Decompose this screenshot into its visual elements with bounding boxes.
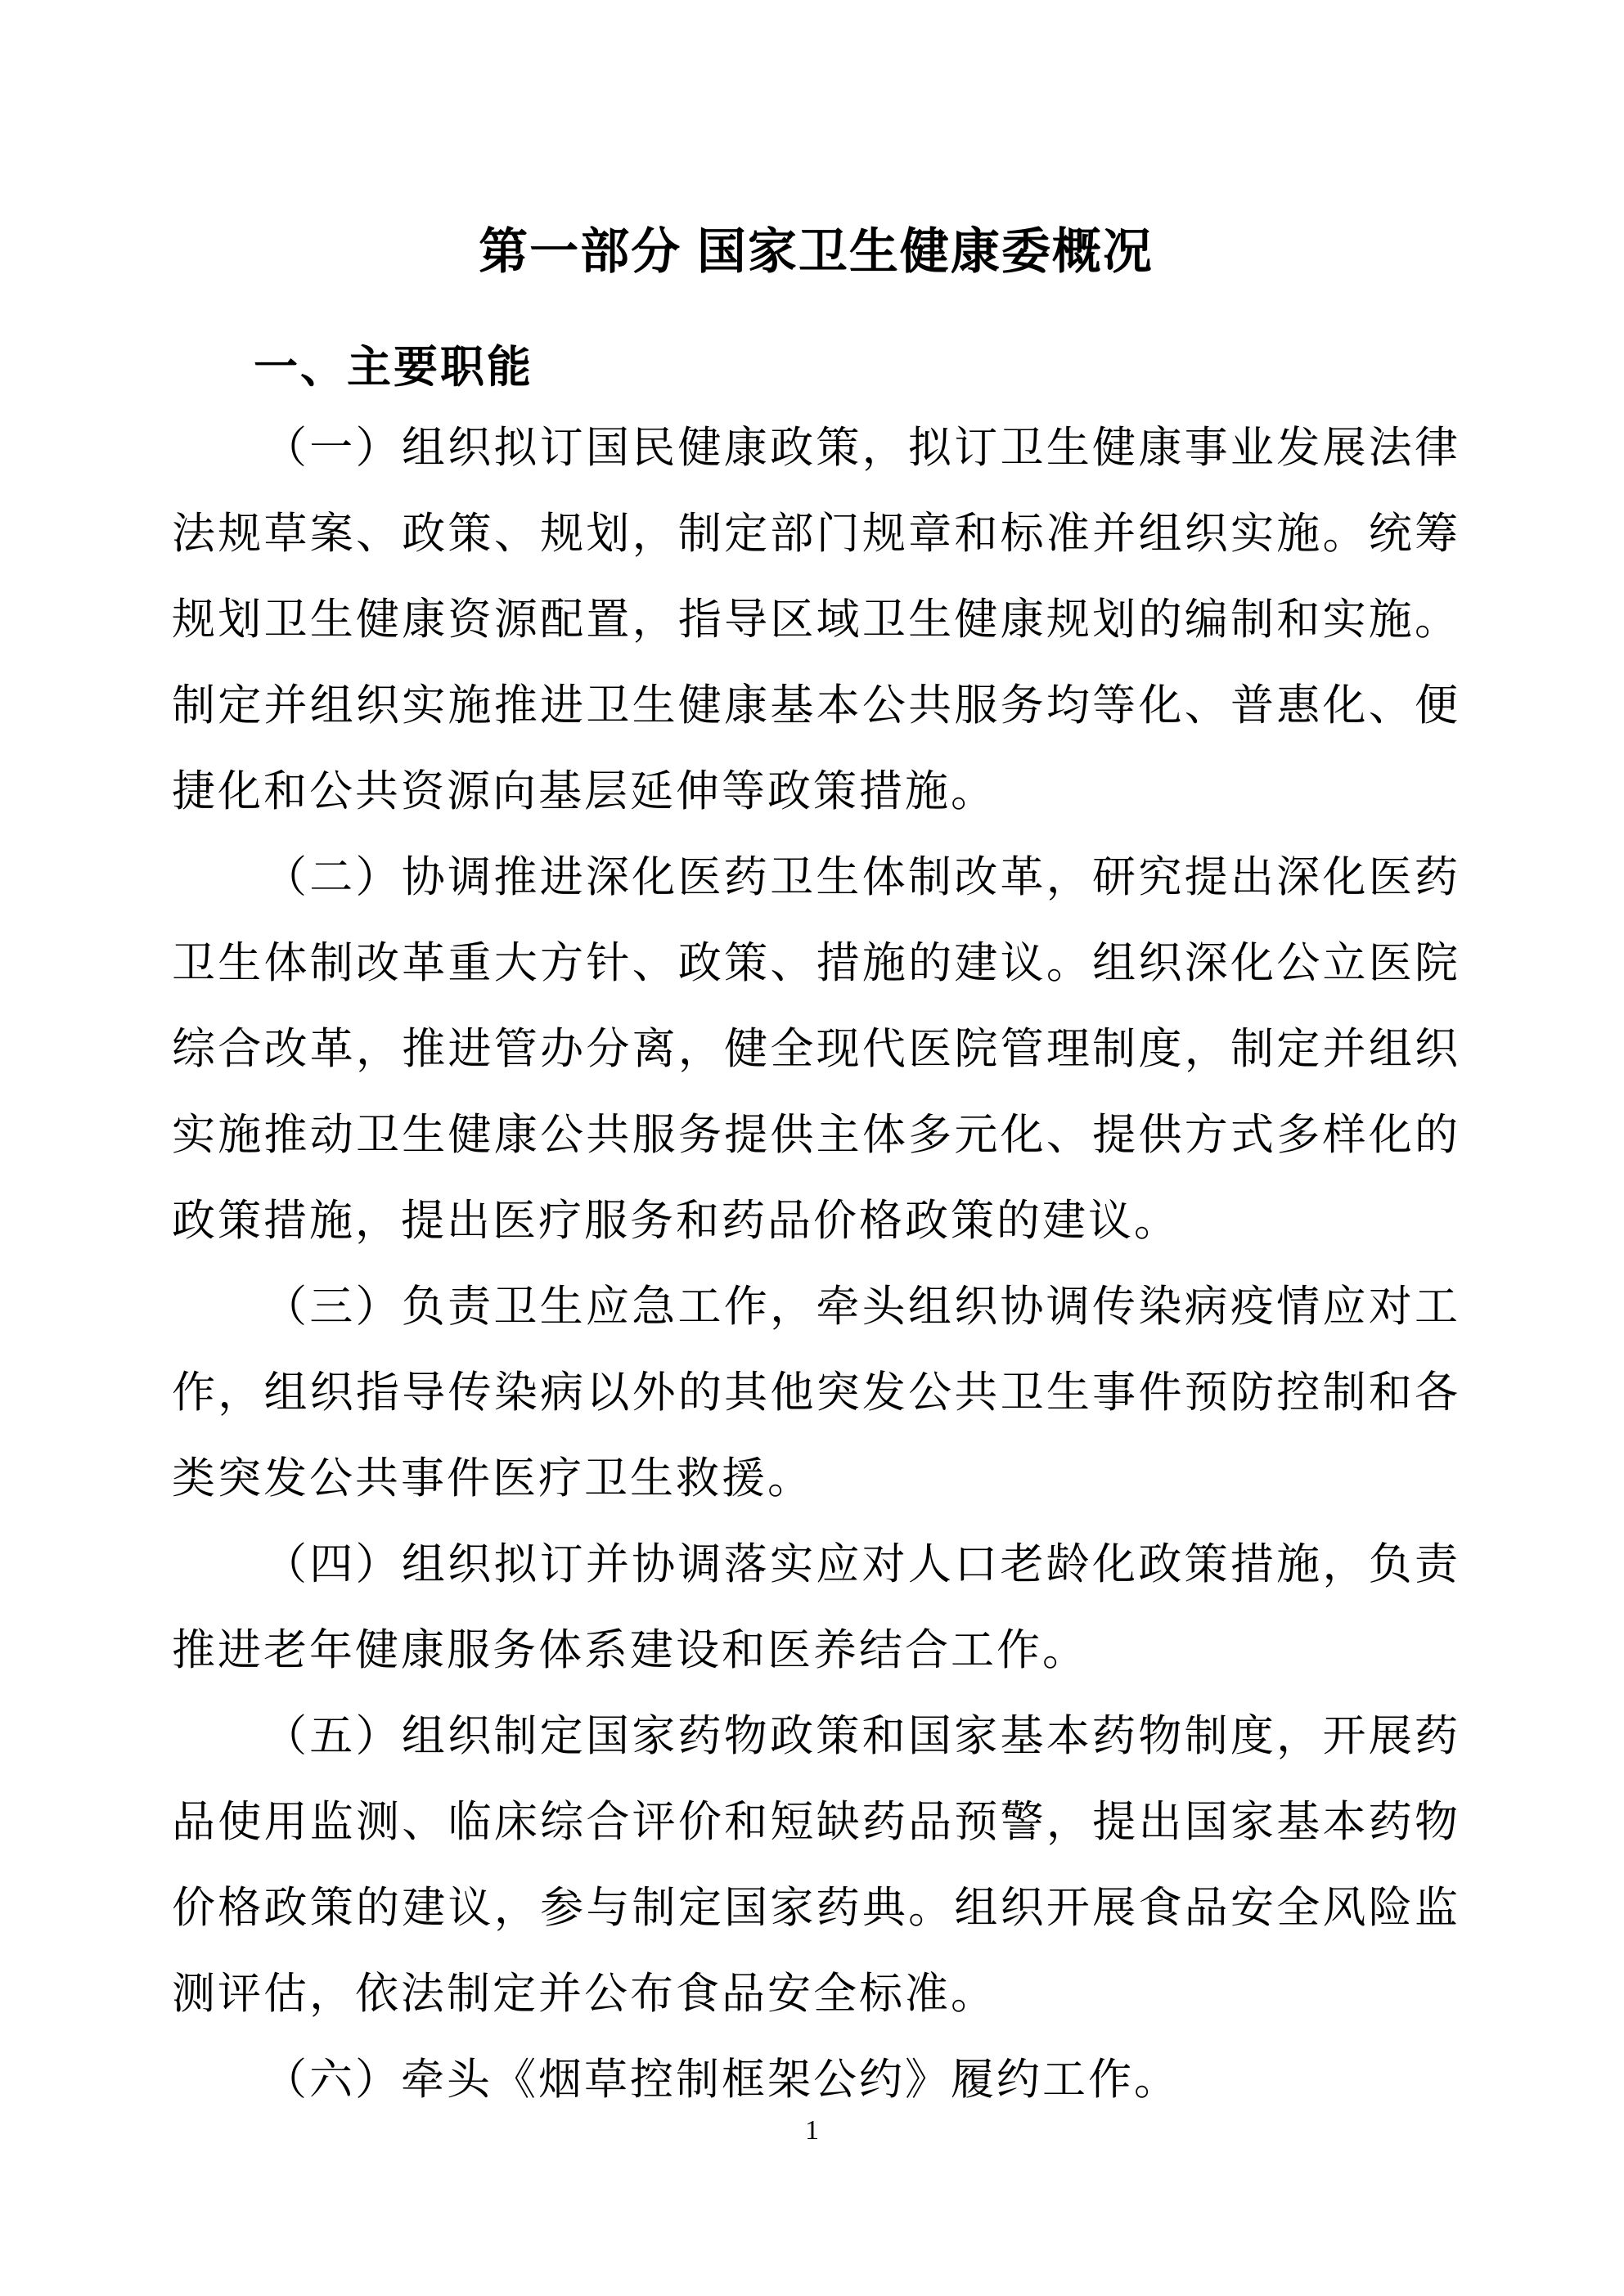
document-page: 第一部分 国家卫生健康委概况 一、主要职能 （一）组织拟订国民健康政策，拟订卫生… (0, 0, 1624, 2296)
section-heading: 一、主要职能 (172, 345, 1460, 389)
paragraph-5: （五）组织制定国家药物政策和国家基本药物制度，开展药品使用监测、临床综合评价和短… (172, 1694, 1460, 2038)
page-number: 1 (0, 2114, 1624, 2147)
body-paragraphs: （一）组织拟订国民健康政策，拟订卫生健康事业发展法律法规草案、政策、规划，制定部… (172, 406, 1460, 2123)
paragraph-1: （一）组织拟订国民健康政策，拟订卫生健康事业发展法律法规草案、政策、规划，制定部… (172, 406, 1460, 835)
paragraph-3: （三）负责卫生应急工作，牵头组织协调传染病疫情应对工作，组织指导传染病以外的其他… (172, 1265, 1460, 1522)
paragraph-4: （四）组织拟订并协调落实应对人口老龄化政策措施，负责推进老年健康服务体系建设和医… (172, 1522, 1460, 1694)
paragraph-6: （六）牵头《烟草控制框架公约》履约工作。 (172, 2038, 1460, 2123)
page-title: 第一部分 国家卫生健康委概况 (172, 222, 1460, 281)
paragraph-2: （二）协调推进深化医药卫生体制改革，研究提出深化医药卫生体制改革重大方针、政策、… (172, 835, 1460, 1265)
